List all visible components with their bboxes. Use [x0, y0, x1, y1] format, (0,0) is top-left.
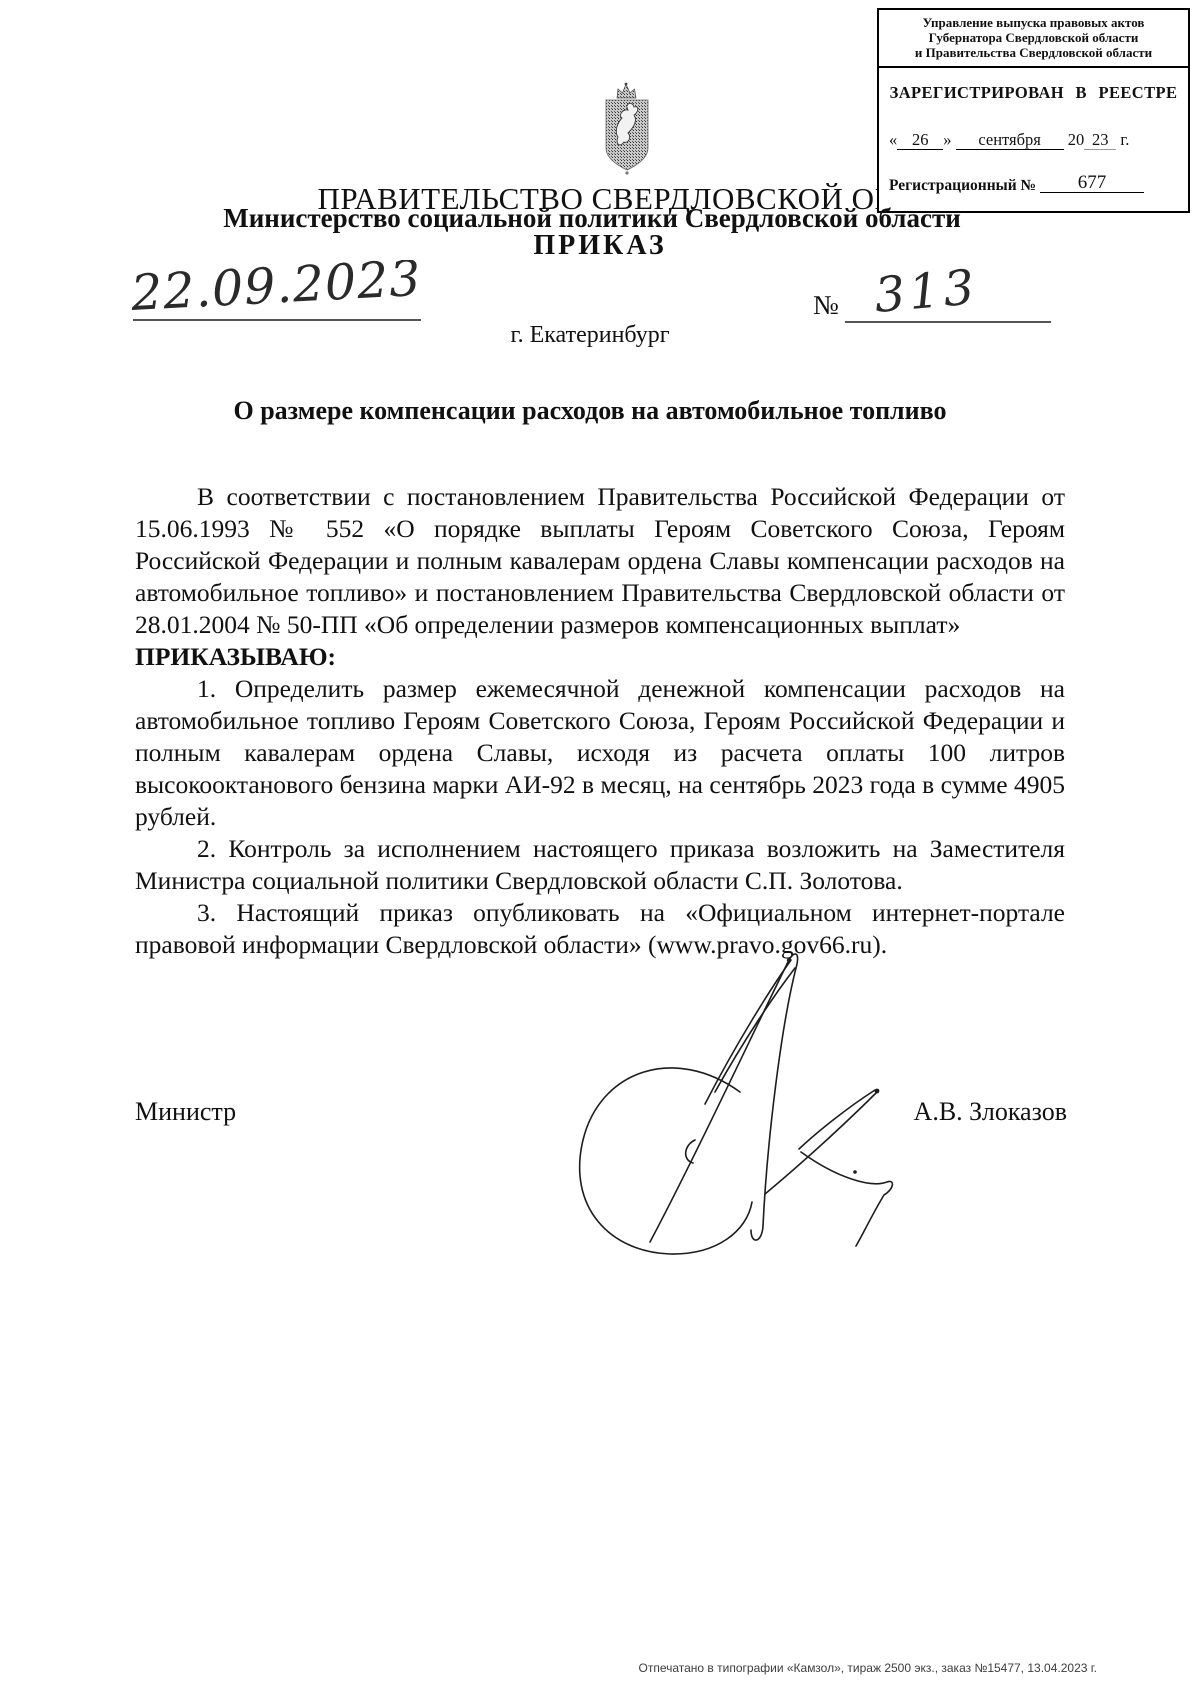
preamble-paragraph: В соответствии с постановлением Правител… [135, 481, 1065, 641]
stamp-registration-line: Регистрационный № 677 [889, 176, 1178, 195]
signer-name-label: А.В. Злоказов [914, 1097, 1067, 1127]
document-subject: О размере компенсации расходов на автомо… [0, 396, 1190, 426]
stamp-office-line-2: Губернатора Свердловской области [883, 30, 1184, 45]
stamp-reg-number-value: 677 [1040, 174, 1144, 193]
signer-position-label: Министр [135, 1097, 236, 1127]
stamp-reg-label: Регистрационный [889, 177, 1017, 194]
ministry-title: Министерство социальной политики Свердло… [0, 203, 1192, 234]
city-label: г. Екатеринбург [0, 322, 1190, 349]
stamp-year-value: 23 [1084, 131, 1116, 150]
stamp-month-value: сентября [956, 131, 1064, 150]
stamp-issuing-office: Управление выпуска правовых актов Губерн… [879, 10, 1188, 68]
order-item-2: 2. Контроль за исполнением настоящего пр… [135, 833, 1065, 897]
document-page: Управление выпуска правовых актов Губерн… [0, 0, 1200, 1697]
stamp-date-line: «26» сентября 2023 г. [889, 130, 1178, 150]
stamp-registered-label: ЗАРЕГИСТРИРОВАН В РЕЕСТРЕ [889, 83, 1178, 103]
order-item-1: 1. Определить размер ежемесячной денежно… [135, 673, 1065, 833]
stamp-quote-close: » [943, 130, 951, 149]
crown-shape [617, 84, 636, 98]
stamp-year-suffix: г. [1120, 130, 1129, 149]
minister-signature-icon [555, 942, 900, 1267]
stamp-body: ЗАРЕГИСТРИРОВАН В РЕЕСТРЕ «26» сентября … [879, 68, 1188, 211]
stamp-office-line-3: и Правительства Свердловской области [883, 45, 1184, 60]
number-sign: № [813, 290, 839, 321]
stamp-century: 20 [1068, 130, 1085, 149]
date-underline [133, 319, 421, 321]
stamp-quote-open: « [889, 130, 897, 149]
handwritten-date-text: 22.09.2023 [129, 260, 423, 322]
print-shop-note: Отпечатано в типографии «Камзол», тираж … [639, 1661, 1098, 1675]
stamp-reg-no-sign: № [1021, 177, 1037, 194]
handwritten-number-text: 313 [872, 259, 980, 324]
stamp-day-value: 26 [897, 131, 943, 150]
document-body: В соответствии с постановлением Правител… [135, 481, 1065, 961]
order-word: ПРИКАЗЫВАЮ: [135, 641, 1065, 673]
stamp-office-line-1: Управление выпуска правовых актов [883, 15, 1184, 30]
registration-stamp: Управление выпуска правовых актов Губерн… [877, 8, 1190, 213]
coat-of-arms-icon [597, 82, 657, 178]
